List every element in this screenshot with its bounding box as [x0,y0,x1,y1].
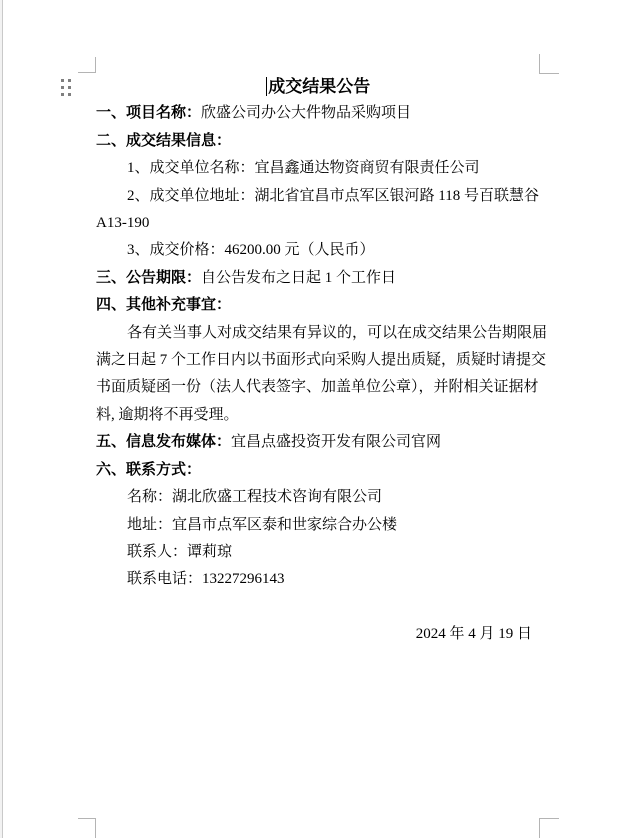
document-title[interactable]: 成交结果公告 [96,73,540,100]
document-line[interactable]: 联系电话：13227296143 [96,566,540,593]
line-heading-label: 六、联系方式： [96,462,201,478]
line-text: 宜昌点盛投资开发有限公司官网 [231,434,441,450]
document-line[interactable]: 六、联系方式： [96,457,540,484]
document-line[interactable]: 二、成交结果信息： [96,128,540,155]
document-line[interactable]: 联系人：谭莉琼 [96,539,540,566]
document-line[interactable]: 各有关当事人对成交结果有异议的，可以在成交结果公告期限届 [96,320,540,347]
document-title-text: 成交结果公告 [268,77,370,96]
document-line[interactable]: 五、信息发布媒体：宜昌点盛投资开发有限公司官网 [96,429,540,456]
document-line[interactable]: 一、项目名称：欣盛公司办公大件物品采购项目 [96,100,540,127]
document-line[interactable]: 四、其他补充事宜： [96,292,540,319]
line-text: 联系电话：13227296143 [127,571,285,587]
line-text: 地址：宜昌市点军区泰和世家综合办公楼 [127,517,397,533]
line-text: 2、成交单位地址：湖北省宜昌市点军区银河路 118 号百联慧谷 [127,188,539,204]
line-text: 名称：湖北欣盛工程技术咨询有限公司 [127,489,382,505]
line-text: 自公告发布之日起 1 个工作日 [201,270,396,286]
document-lines: 一、项目名称：欣盛公司办公大件物品采购项目二、成交结果信息：1、成交单位名称：宜… [96,100,540,593]
document-line[interactable]: 2、成交单位地址：湖北省宜昌市点军区银河路 118 号百联慧谷 [96,183,540,210]
line-text: A13-190 [96,215,149,231]
line-text: 1、成交单位名称：宜昌鑫通达物资商贸有限责任公司 [127,160,480,176]
margin-crop-mark-top-left [78,57,96,73]
line-text: 3、成交价格：46200.00 元（人民币） [127,242,375,258]
line-heading-label: 五、信息发布媒体： [96,434,231,450]
margin-crop-mark-top-right [539,54,559,74]
document-line[interactable]: 三、公告期限：自公告发布之日起 1 个工作日 [96,265,540,292]
line-heading-label: 四、其他补充事宜： [96,297,231,313]
document-line[interactable]: 名称：湖北欣盛工程技术咨询有限公司 [96,484,540,511]
document-line[interactable]: A13-190 [96,210,540,237]
line-text: 欣盛公司办公大件物品采购项目 [201,105,411,121]
line-heading-label: 二、成交结果信息： [96,133,231,149]
document-line[interactable]: 书面质疑函一份（法人代表签字、加盖单位公章），并附相关证据材 [96,374,540,401]
document-line[interactable]: 3、成交价格：46200.00 元（人民币） [96,237,540,264]
line-text: 满之日起 7 个工作日内以书面形式向采购人提出质疑，质疑时请提交 [96,352,546,368]
margin-crop-mark-bottom-right [539,818,559,838]
line-text: 书面质疑函一份（法人代表签字、加盖单位公章），并附相关证据材 [96,379,539,395]
document-line[interactable]: 满之日起 7 个工作日内以书面形式向采购人提出质疑，质疑时请提交 [96,347,540,374]
line-heading-label: 三、公告期限： [96,270,201,286]
line-text: 联系人：谭莉琼 [127,544,232,560]
drag-handle-icon[interactable] [61,79,71,96]
document-date[interactable]: 2024 年 4 月 19 日 [96,621,540,648]
document-page[interactable]: 成交结果公告 一、项目名称：欣盛公司办公大件物品采购项目二、成交结果信息：1、成… [0,0,634,838]
document-content[interactable]: 成交结果公告 一、项目名称：欣盛公司办公大件物品采购项目二、成交结果信息：1、成… [96,73,540,649]
page-edge-line [0,0,3,838]
margin-crop-mark-bottom-left [78,818,96,838]
document-line[interactable]: 地址：宜昌市点军区泰和世家综合办公楼 [96,512,540,539]
document-line[interactable]: 料, 逾期将不再受理。 [96,402,540,429]
line-text: 各有关当事人对成交结果有异议的，可以在成交结果公告期限届 [127,325,547,341]
document-line[interactable]: 1、成交单位名称：宜昌鑫通达物资商贸有限责任公司 [96,155,540,182]
line-heading-label: 一、项目名称： [96,105,201,121]
line-text: 料, 逾期将不再受理。 [96,407,239,423]
